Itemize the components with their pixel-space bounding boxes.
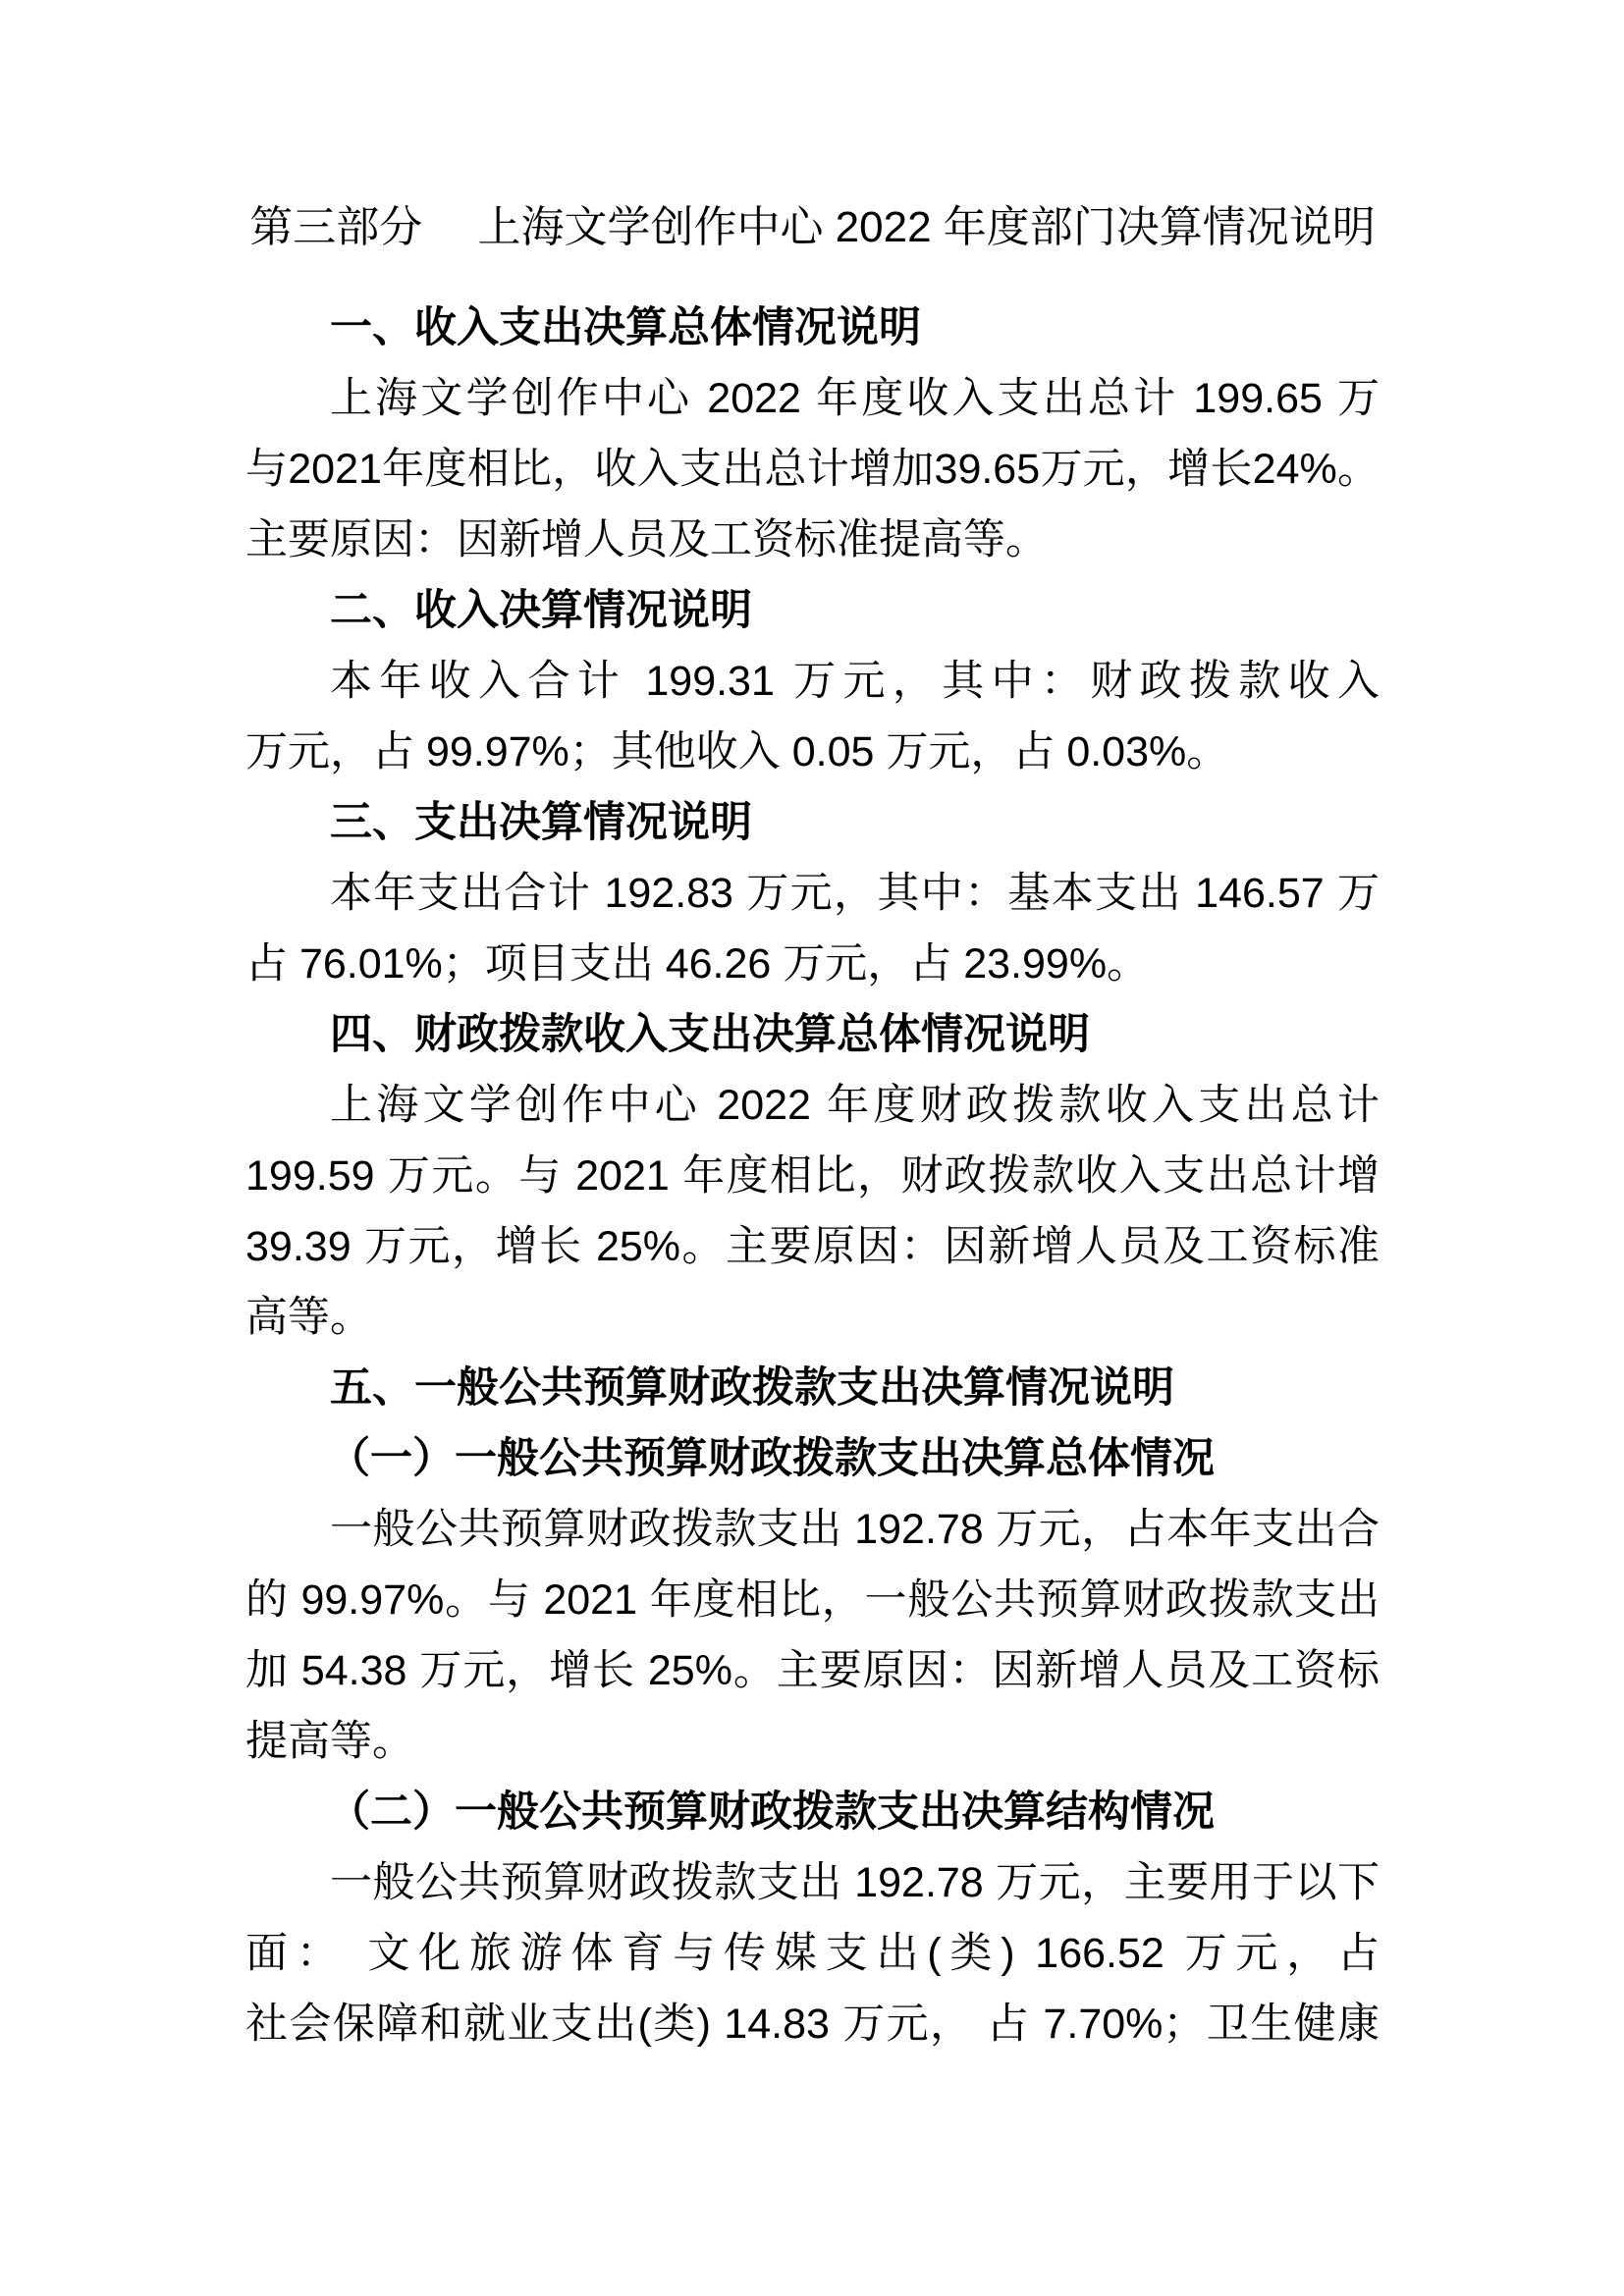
text-line: 199.59 万元。与 2021 年度相比，财政拨款收入支出总计增加: [245, 1141, 1380, 1211]
document-body: 一、收入支出决算总体情况说明上海文学创作中心 2022 年度收入支出总计 199…: [245, 293, 1380, 2059]
text-line: 本年支出合计 192.83 万元，其中：基本支出 146.57 万元，: [245, 858, 1380, 929]
document-content: 第三部分 上海文学创作中心 2022 年度部门决算情况说明 一、收入支出决算总体…: [245, 202, 1380, 2059]
text-line: 占 76.01%；项目支出 46.26 万元，占 23.99%。: [245, 929, 1380, 999]
text-line: 高等。: [245, 1282, 1380, 1353]
section-heading: （二）一般公共预算财政拨款支出决算结构情况: [245, 1777, 1380, 1847]
text-line: 社会保障和就业支出(类) 14.83 万元， 占 7.70%；卫生健康支: [245, 1989, 1380, 2059]
section-heading: 三、支出决算情况说明: [245, 787, 1380, 858]
text-line: 万元，占 99.97%；其他收入 0.05 万元，占 0.03%。: [245, 717, 1380, 787]
text-line: 一般公共预算财政拨款支出 192.78 万元，占本年支出合计: [245, 1494, 1380, 1565]
section-heading: 二、收入决算情况说明: [245, 575, 1380, 646]
text-line: 面： 文化旅游体育与传媒支出(类) 166.52 万元，占 86.37%；: [245, 1918, 1380, 1989]
text-line: 与2021年度相比，收入支出总计增加39.65万元，增长24%。: [245, 434, 1380, 505]
text-line: 上海文学创作中心 2022 年度收入支出总计 199.65 万元。: [245, 363, 1380, 434]
section-heading: 四、财政拨款收入支出决算总体情况说明: [245, 999, 1380, 1070]
text-line: 本年收入合计 199.31 万元，其中：财政拨款收入 199.26: [245, 646, 1380, 717]
document-title: 第三部分 上海文学创作中心 2022 年度部门决算情况说明: [245, 202, 1380, 253]
text-line: 上海文学创作中心 2022 年度财政拨款收入支出总计: [245, 1070, 1380, 1141]
section-heading: 一、收入支出决算总体情况说明: [245, 293, 1380, 363]
section-heading: （一）一般公共预算财政拨款支出决算总体情况: [245, 1423, 1380, 1494]
text-line: 的 99.97%。与 2021 年度相比，一般公共预算财政拨款支出增: [245, 1565, 1380, 1635]
text-line: 加 54.38 万元，增长 25%。主要原因：因新增人员及工资标准: [245, 1635, 1380, 1706]
text-line: 主要原因：因新增人员及工资标准提高等。: [245, 505, 1380, 575]
document-page: 第三部分 上海文学创作中心 2022 年度部门决算情况说明 一、收入支出决算总体…: [0, 0, 1624, 2296]
section-heading: 五、一般公共预算财政拨款支出决算情况说明: [245, 1353, 1380, 1423]
text-line: 提高等。: [245, 1706, 1380, 1777]
text-line: 39.39 万元，增长 25%。主要原因：因新增人员及工资标准提: [245, 1211, 1380, 1282]
text-line: 一般公共预算财政拨款支出 192.78 万元，主要用于以下方: [245, 1847, 1380, 1918]
